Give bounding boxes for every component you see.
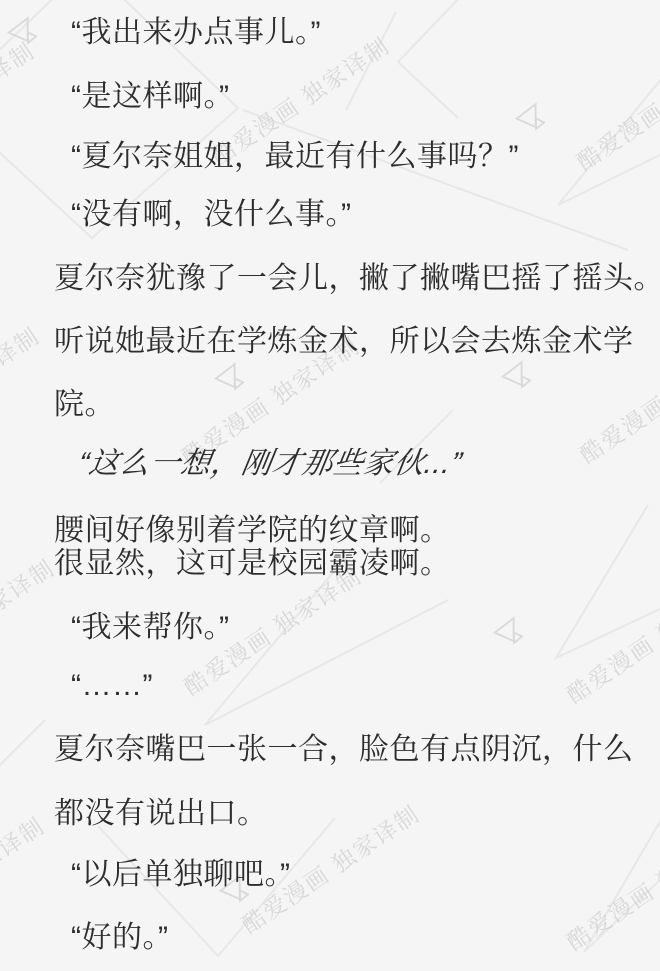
narration-line: 夏尔奈犹豫了一会儿，撇了撇嘴巴摇了摇头。 [54,262,660,295]
novel-reader-page: 酷爱漫画 独家译制 酷爱漫画 独家译制 酷爱漫画 独家译制 酷爱漫画 独家译制 … [0,0,660,971]
narration-line: 夏尔奈嘴巴一张一合，脸色有点阴沉，什么 [54,733,634,766]
dialogue-line: “以后单独聊吧。” [71,858,290,891]
dialogue-line: “夏尔奈姐姐，最近有什么事吗？” [71,140,519,173]
narration-line: 都没有说出口。 [54,797,268,830]
dialogue-line: “我出来办点事儿。” [71,16,321,49]
novel-text-content: “我出来办点事儿。” “是这样啊。” “夏尔奈姐姐，最近有什么事吗？” “没有啊… [0,0,660,971]
narration-line: 院。 [54,388,115,421]
dialogue-line: “没有啊，没什么事。” [71,198,351,231]
thought-line: “这么一想，刚才那些家伙...” [76,447,464,480]
narration-line: 很显然，这可是校园霸凌啊。 [54,547,451,580]
narration-line: 听说她最近在学炼金术，所以会去炼金术学 [54,325,634,358]
dialogue-line: “……” [71,669,153,702]
dialogue-line: “我来帮你。” [71,611,229,644]
narration-line: 腰间好像别着学院的纹章啊。 [54,514,451,547]
dialogue-line: “是这样啊。” [71,80,229,113]
dialogue-line: “好的。” [71,921,168,954]
